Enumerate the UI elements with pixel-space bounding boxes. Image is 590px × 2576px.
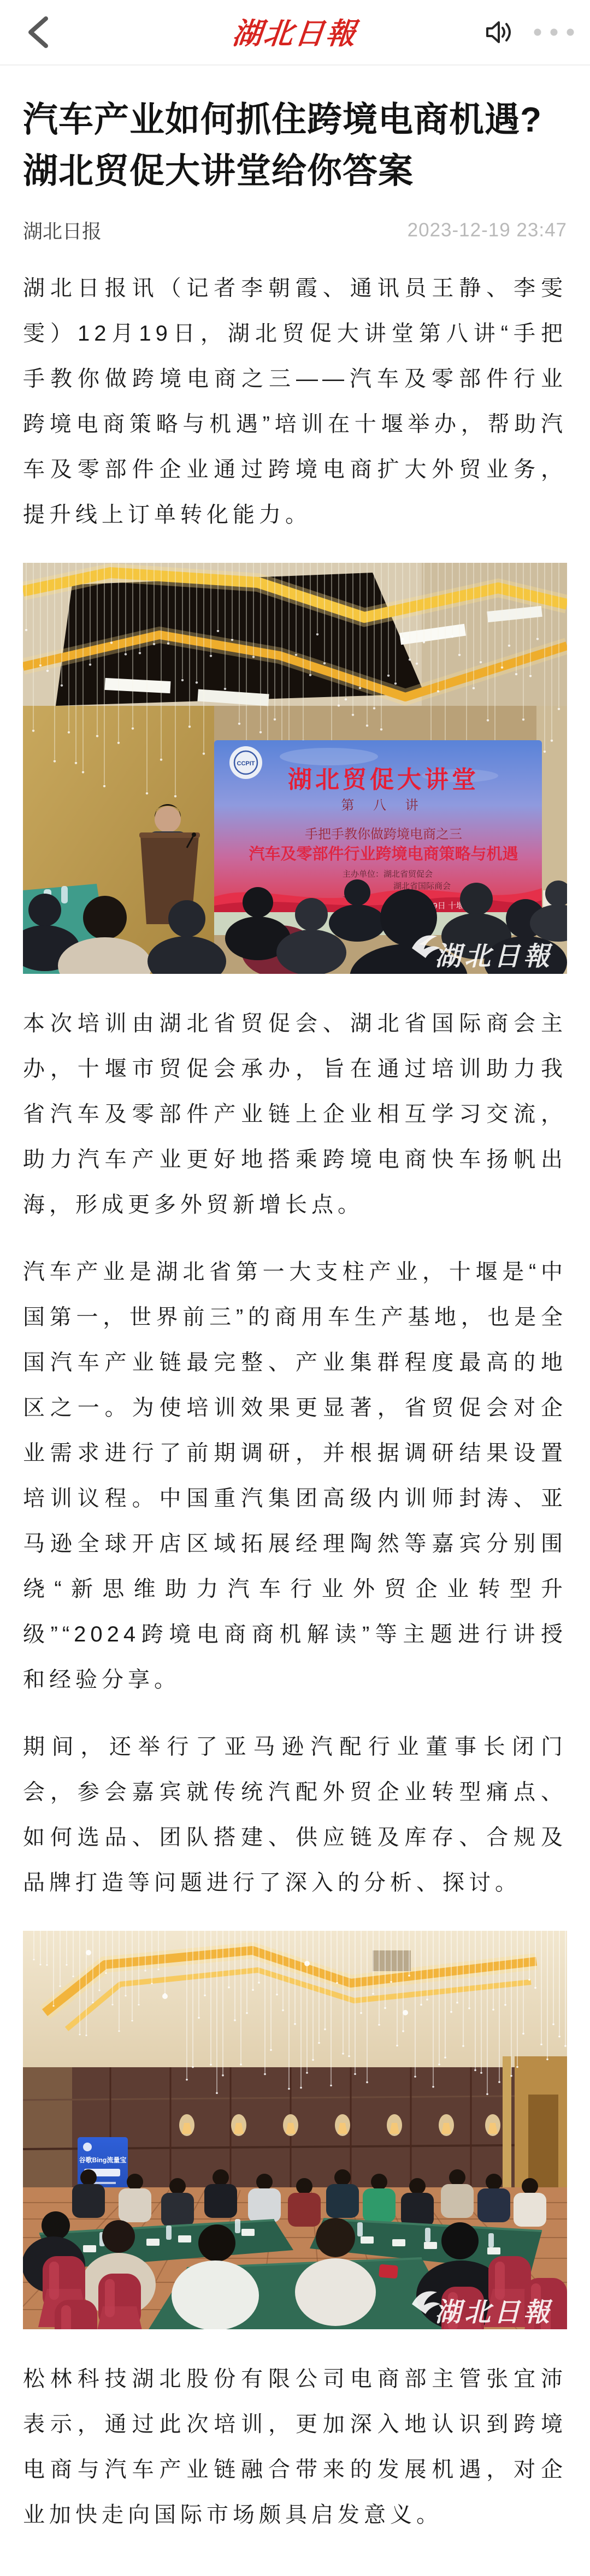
screen-session: 第 八 讲 [341, 798, 426, 813]
svg-text:湖北日報: 湖北日報 [435, 2297, 553, 2328]
ccpit-seal-icon: CCPIT [229, 746, 262, 779]
source-name: 湖北日报 [23, 216, 102, 244]
header-actions [485, 0, 575, 64]
speaker-icon [485, 20, 514, 45]
screen-topic: 汽车及零部件行业跨境电商策略与机遇 [249, 844, 518, 863]
paragraph: 期间，还举行了亚马逊汽配行业董事长闭门会，参会嘉宾就传统汽配外贸企业转型痛点、如… [23, 1724, 567, 1906]
photo2-illustration: 谷歌Bing流量宝 [23, 1931, 567, 2329]
screen-host2: 湖北省国际商会 [393, 882, 451, 891]
article-page: 湖北日報 汽车产业如何抓住跨境电商机遇?湖北贸促大讲堂给你答案 湖北日报 202… [0, 0, 590, 2576]
banner-title: 谷歌Bing流量宝 [79, 2156, 127, 2164]
screen-subtitle: 手把手教你做跨境电商之三 [305, 827, 462, 842]
paragraph: 汽车产业是湖北省第一大支柱产业，十堰是“中国第一，世界前三”的商用车生产基地，也… [23, 1250, 567, 1703]
ellipsis-icon [533, 28, 575, 37]
article-photo-2[interactable]: 谷歌Bing流量宝 [23, 1931, 567, 2329]
masthead-logo: 湖北日報 [231, 10, 359, 52]
publish-time: 2023-12-19 23:47 [408, 219, 567, 241]
back-button[interactable] [24, 15, 57, 49]
svg-text:CCPIT: CCPIT [237, 760, 255, 767]
paragraph: 湖北日报讯（记者李朝霞、通讯员王静、李雯雯）12月19日，湖北贸促大讲堂第八讲“… [23, 266, 567, 538]
byline: 湖北日报 2023-12-19 23:47 [23, 216, 567, 244]
article-title: 汽车产业如何抓住跨境电商机遇?湖北贸促大讲堂给你答案 [23, 94, 567, 197]
photo1-illustration: CCPIT 湖北贸促大讲堂 第 八 讲 手把手教你做跨境电商之三 汽车及零部件行… [23, 563, 567, 974]
chevron-left-icon [24, 15, 57, 49]
article-body: 汽车产业如何抓住跨境电商机遇?湖北贸促大讲堂给你答案 湖北日报 2023-12-… [0, 94, 590, 2538]
svg-text:湖北日報: 湖北日報 [435, 941, 553, 972]
screen-title: 湖北贸促大讲堂 [288, 766, 479, 793]
article-photo-1[interactable]: CCPIT 湖北贸促大讲堂 第 八 讲 手把手教你做跨境电商之三 汽车及零部件行… [23, 563, 567, 974]
read-aloud-button[interactable] [485, 20, 514, 45]
screen-host1: 主办单位：湖北省贸促会 [343, 870, 433, 879]
app-header: 湖北日報 [0, 0, 590, 66]
photo1-led-screen: CCPIT 湖北贸促大讲堂 第 八 讲 手把手教你做跨境电商之三 汽车及零部件行… [214, 740, 542, 912]
paragraph: 本次培训由湖北省贸促会、湖北省国际商会主办，十堰市贸促会承办，旨在通过培训助力我… [23, 1001, 567, 1228]
paragraph: 松林科技湖北股份有限公司电商部主管张宜沛表示，通过此次培训，更加深入地认识到跨境… [23, 2357, 567, 2538]
more-menu-button[interactable] [533, 28, 575, 37]
